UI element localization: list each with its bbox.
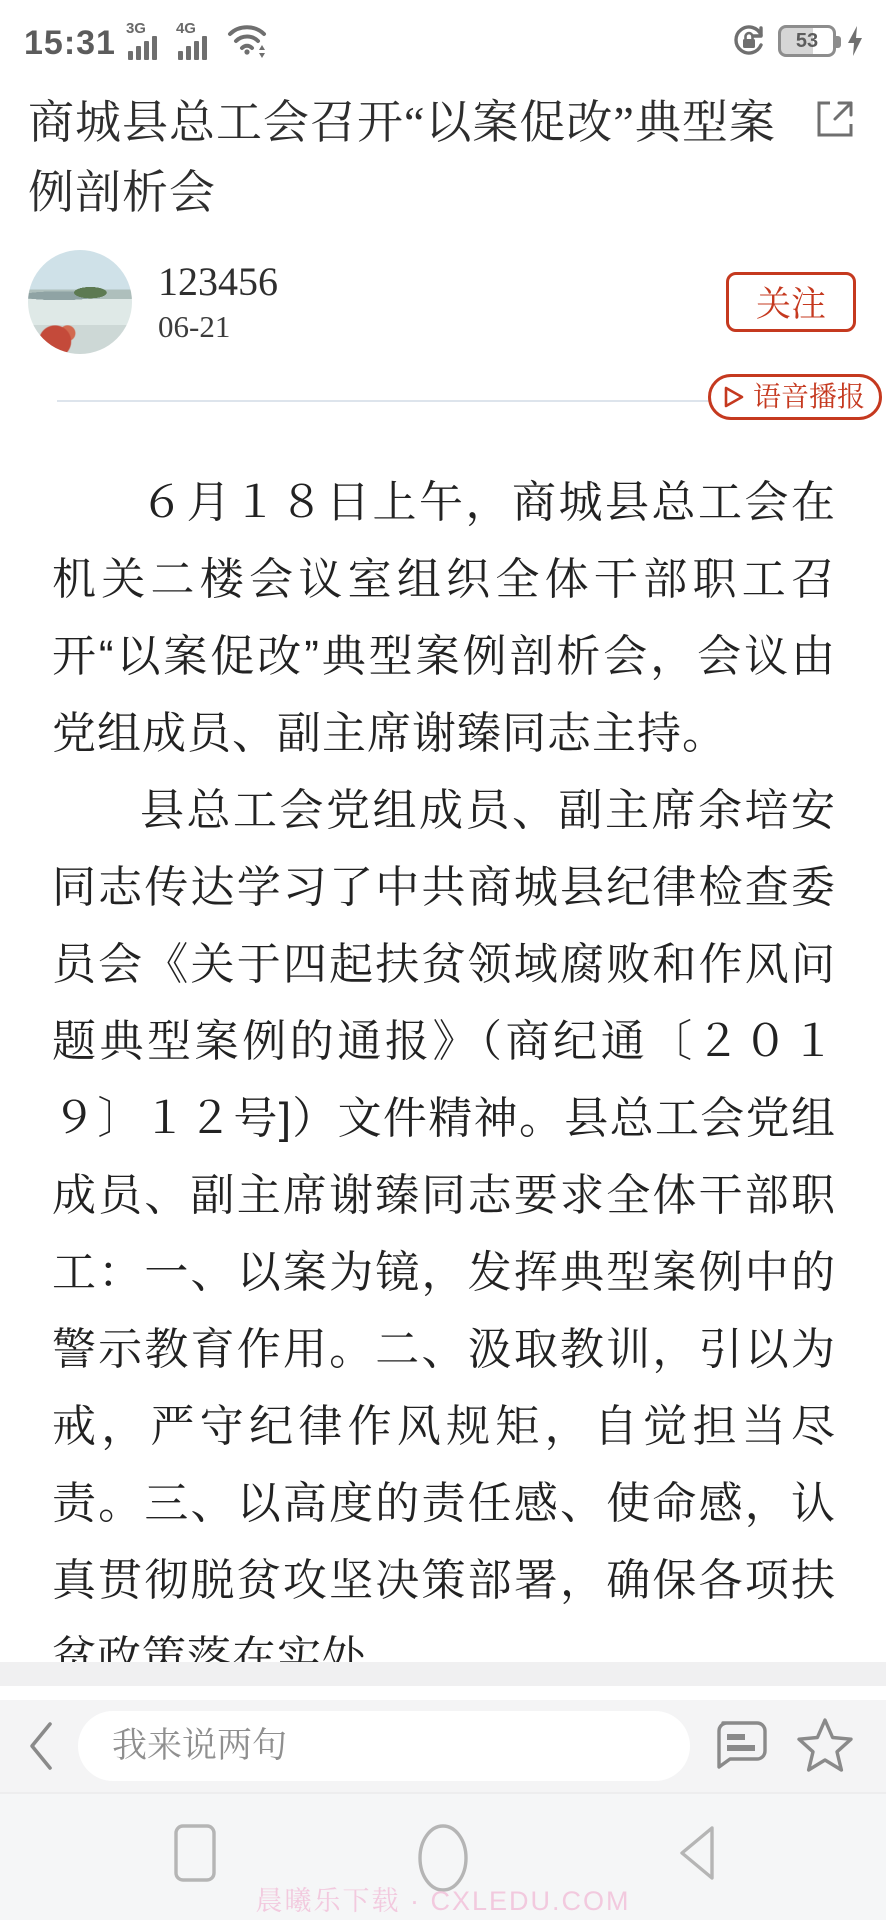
share-icon[interactable] <box>810 94 860 144</box>
article-title: 商城县总工会召开“以案促改”典型案例剖析会 <box>28 88 796 228</box>
voice-broadcast-label: 语音播报 <box>753 383 865 411</box>
comments-icon[interactable] <box>712 1717 770 1775</box>
battery-percent: 53 <box>796 31 818 51</box>
recent-apps-icon[interactable] <box>172 1822 218 1884</box>
article-body: ６月１８日上午，商城县总工会在机关二楼会议室组织全体干部职工召开“以案促改”典型… <box>0 436 886 1662</box>
clock-time: 15:31 <box>24 26 116 62</box>
publish-date: 06-21 <box>158 310 278 344</box>
android-navigation-bar: 晨曦乐下载 · CXLEDU.COM <box>0 1792 886 1920</box>
author-row: 123456 06-21 关注 <box>0 228 886 354</box>
author-avatar[interactable] <box>28 250 132 354</box>
back-icon[interactable] <box>26 1720 56 1772</box>
back-nav-icon[interactable] <box>674 1822 718 1884</box>
article-page: 15:31 3G 4G <box>0 0 886 1920</box>
divider-gap <box>0 1686 886 1700</box>
follow-button[interactable]: 关注 <box>726 272 856 332</box>
voice-broadcast-button[interactable]: 语音播报 <box>708 374 882 420</box>
author-name[interactable]: 123456 <box>158 260 278 304</box>
content-divider-band <box>0 1662 886 1686</box>
home-icon[interactable] <box>416 1822 470 1894</box>
favorite-star-icon[interactable] <box>794 1716 856 1776</box>
article-paragraph: 县总工会党组成员、副主席余培安同志传达学习了中共商城县纪律检查委员会《关于四起扶… <box>52 772 836 1662</box>
charging-bolt-icon <box>846 25 864 57</box>
play-icon <box>723 385 745 409</box>
section-divider <box>57 400 721 402</box>
comment-input[interactable] <box>78 1711 690 1781</box>
comment-bar <box>0 1700 886 1792</box>
wifi-icon <box>226 20 270 60</box>
battery-icon: 53 <box>778 25 836 57</box>
signal-strength-sim1-icon: 3G <box>126 20 166 62</box>
status-bar: 15:31 3G 4G <box>0 0 886 74</box>
voice-broadcast-row: 语音播报 <box>0 368 886 436</box>
rotation-lock-icon <box>730 22 768 60</box>
article-paragraph: ６月１８日上午，商城县总工会在机关二楼会议室组织全体干部职工召开“以案促改”典型… <box>52 464 836 772</box>
signal-strength-sim2-icon: 4G <box>176 20 216 62</box>
